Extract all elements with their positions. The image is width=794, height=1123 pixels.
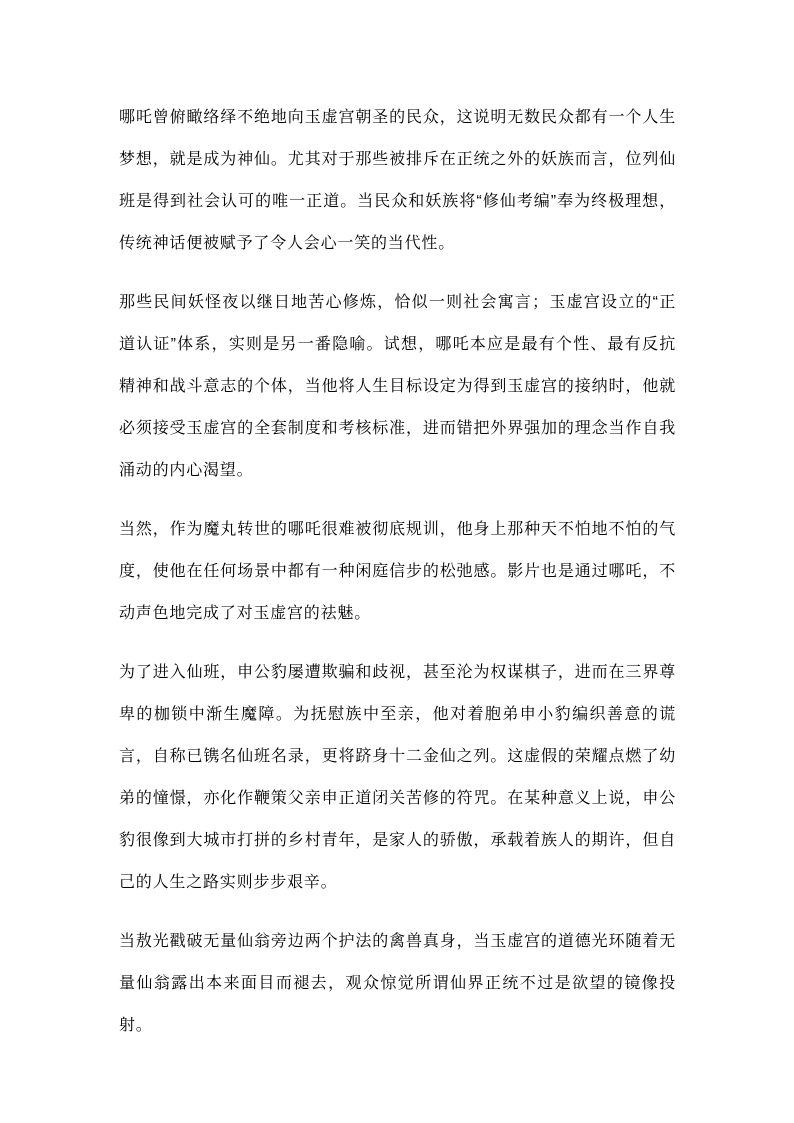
paragraph-aoguang-revelation: 当敖光戳破无量仙翁旁边两个护法的禽兽真身，当玉虚宫的道德光环随着无量仙翁露出本来… bbox=[119, 921, 676, 1047]
document-page: 哪吒曾俯瞰络绎不绝地向玉虚宫朝圣的民众，这说明无数民众都有一个人生梦想，就是成为… bbox=[0, 0, 794, 1123]
paragraph-nezha-pilgrims: 哪吒曾俯瞰络绎不绝地向玉虚宫朝圣的民众，这说明无数民众都有一个人生梦想，就是成为… bbox=[119, 97, 676, 265]
paragraph-yuxu-certification: 那些民间妖怪夜以继日地苦心修炼，恰似一则社会寓言；玉虚宫设立的“正道认证”体系，… bbox=[119, 282, 676, 492]
paragraph-shengongbao-struggle: 为了进入仙班，申公豹屡遭欺骗和歧视，甚至沦为权谋棋子，进而在三界尊卑的枷锁中渐生… bbox=[119, 652, 676, 904]
paragraph-nezha-demeanor: 当然，作为魔丸转世的哪吒很难被彻底规训，他身上那种天不怕地不怕的气度，使他在任何… bbox=[119, 509, 676, 635]
